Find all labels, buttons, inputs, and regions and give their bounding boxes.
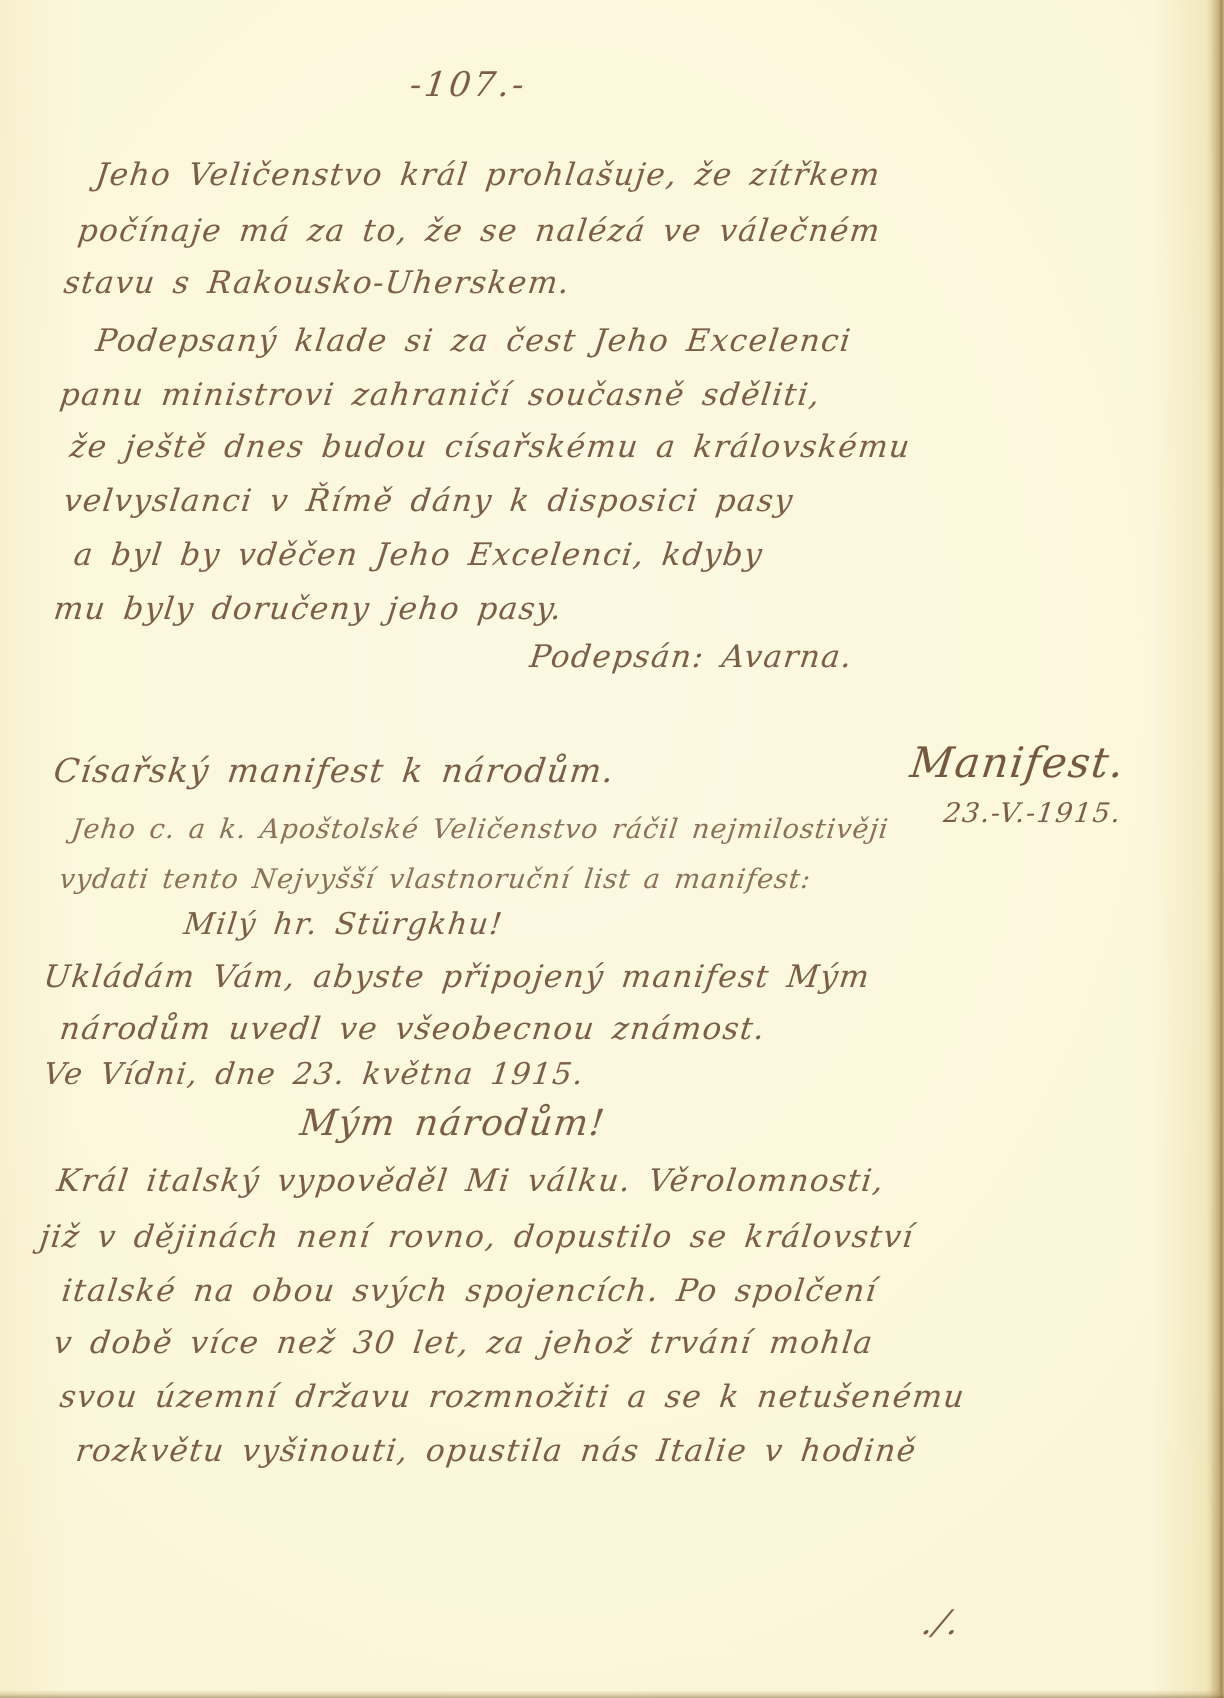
manuscript-line: rozkvětu vyšinouti, opustila nás Italie … (74, 1436, 919, 1467)
dateline: Ve Vídni, dne 23. května 1915. (42, 1060, 586, 1090)
section-heading: Císařský manifest k národům. (52, 754, 617, 787)
manuscript-line: panu ministrovi zahraničí současně sděli… (58, 380, 822, 411)
manuscript-line: italské na obou svých spojencích. Po spo… (60, 1276, 879, 1307)
signature-line: Podepsán: Avarna. (528, 642, 855, 673)
catchword-mark: ./. (918, 1606, 967, 1640)
margin-title: Manifest. (908, 742, 1127, 784)
manuscript-line: Ukládám Vám, abyste připojený manifest M… (42, 962, 872, 993)
manuscript-line: Jeho Veličenstvo král prohlašuje, že zít… (94, 160, 883, 191)
page-number: -107.- (408, 68, 529, 102)
manuscript-line: Král italský vypověděl Mi válku. Věrolom… (55, 1166, 886, 1197)
manuscript-line: že ještě dnes budou císařskému a královs… (68, 432, 913, 463)
margin-date: 23.-V.-1915. (942, 800, 1123, 827)
manuscript-line: Podepsaný klade si za čest Jeho Excelenc… (94, 326, 853, 357)
manuscript-line: počínaje má za to, že se nalézá ve váleč… (76, 216, 883, 247)
manuscript-page: -107.- Jeho Veličenstvo král prohlašuje,… (0, 0, 1224, 1698)
manuscript-line: velvyslanci v Římě dány k disposici pasy (62, 486, 795, 517)
manuscript-line: národům uvedl ve všeobecnou známost. (58, 1014, 767, 1045)
manuscript-line: v době více než 30 let, za jehož trvání … (52, 1328, 875, 1359)
manuscript-line: stavu s Rakousko-Uherskem. (62, 268, 572, 299)
manuscript-line: svou územní državu rozmnožiti a se k net… (58, 1382, 967, 1413)
salutation-line: Milý hr. Stürgkhu! (182, 910, 505, 940)
manuscript-line: Jeho c. a k. Apoštolské Veličenstvo ráči… (70, 816, 890, 843)
manuscript-line: mu byly doručeny jeho pasy. (52, 594, 564, 625)
manuscript-line: již v dějinách není rovno, dopustilo se … (38, 1222, 916, 1253)
manuscript-line: vydati tento Nejvyšší vlastnoruční list … (58, 866, 813, 893)
proclamation-title: Mým národům! (298, 1106, 608, 1142)
page-edge (1210, 0, 1224, 1698)
manuscript-line: a byl by vděčen Jeho Excelenci, kdyby (72, 540, 765, 571)
